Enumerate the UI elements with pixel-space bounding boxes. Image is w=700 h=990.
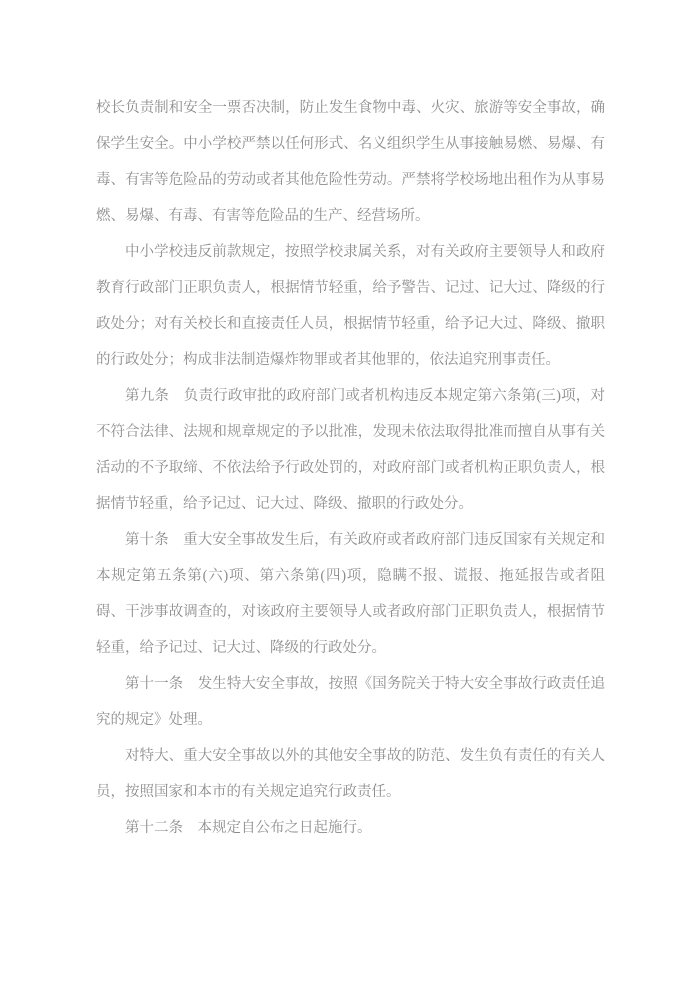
paragraph-article-12: 第十二条 本规定自公布之日起施行。 [96,810,605,846]
document-page: 校长负责制和安全一票否决制，防止发生食物中毒、火灾、旅游等安全事故，确保学生安全… [0,0,700,990]
document-body: 校长负责制和安全一票否决制，防止发生食物中毒、火灾、旅游等安全事故，确保学生安全… [96,90,605,846]
paragraph-article-11: 第十一条 发生特大安全事故，按照《国务院关于特大安全事故行政责任追究的规定》处理… [96,666,605,738]
paragraph-school-liability: 中小学校违反前款规定，按照学校隶属关系，对有关政府主要领导人和政府教育行政部门正… [96,234,605,378]
paragraph-other-accidents: 对特大、重大安全事故以外的其他安全事故的防范、发生负有责任的有关人员，按照国家和… [96,738,605,810]
paragraph-article-9: 第九条 负责行政审批的政府部门或者机构违反本规定第六条第(三)项，对不符合法律、… [96,378,605,522]
paragraph-continuation: 校长负责制和安全一票否决制，防止发生食物中毒、火灾、旅游等安全事故，确保学生安全… [96,90,605,234]
paragraph-article-10: 第十条 重大安全事故发生后，有关政府或者政府部门违反国家有关规定和本规定第五条第… [96,522,605,666]
